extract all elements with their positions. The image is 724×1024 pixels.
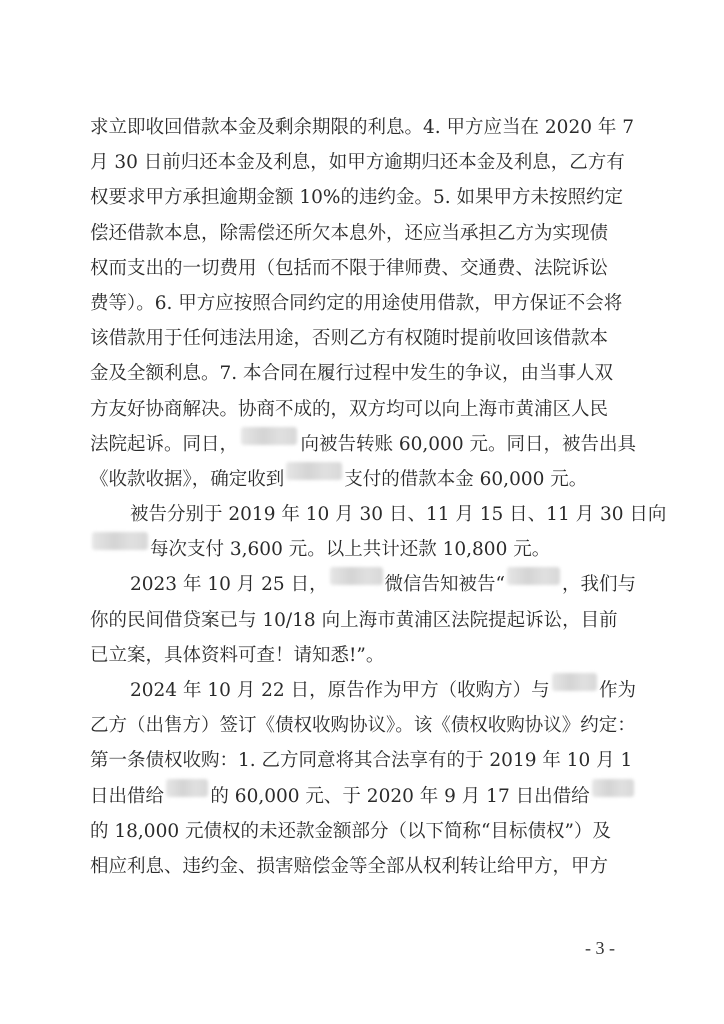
text-line: 法院起诉。同日，向被告转账 60,000 元。同日，被告出具 <box>90 427 636 462</box>
text-segment: 《收款收据》，确定收到 <box>90 462 284 497</box>
document-page: 求立即收回借款本金及剩余期限的利息。4. 甲方应当在 2020 年 7月 30 … <box>90 110 636 884</box>
text-segment: 作为 <box>599 673 636 708</box>
text-line: 求立即收回借款本金及剩余期限的利息。4. 甲方应当在 2020 年 7 <box>90 110 636 145</box>
redacted-name <box>592 779 634 797</box>
text-line: 权而支出的一切费用（包括而不限于律师费、交通费、法院诉讼 <box>90 251 636 286</box>
text-segment: ，我们与 <box>562 567 636 602</box>
text-line: 日出借给的 60,000 元、于 2020 年 9 月 17 日出借给 <box>90 779 636 814</box>
text-segment: 金及全额利息。7. 本合同在履行过程中发生的争议，由当事人双 <box>90 356 613 391</box>
text-line: 《收款收据》，确定收到支付的借款本金 60,000 元。 <box>90 462 636 497</box>
redacted-name <box>286 462 342 480</box>
text-segment: 权而支出的一切费用（包括而不限于律师费、交通费、法院诉讼 <box>90 251 608 286</box>
text-segment: 向被告转账 60,000 元。同日，被告出具 <box>300 427 636 462</box>
text-segment: 该借款用于任何违法用途，否则乙方有权随时提前收回该借款本 <box>90 321 608 356</box>
text-line: 被告分别于 2019 年 10 月 30 日、11 月 15 日、11 月 30… <box>90 497 636 532</box>
text-segment: 2024 年 10 月 22 日，原告作为甲方（收购方）与 <box>130 673 550 708</box>
text-line: 月 30 日前归还本金及利息，如甲方逾期归还本金及利息，乙方有 <box>90 145 636 180</box>
redacted-name <box>552 673 597 691</box>
text-segment: 被告分别于 2019 年 10 月 30 日、11 月 15 日、11 月 30… <box>130 497 666 532</box>
text-segment: 求立即收回借款本金及剩余期限的利息。4. 甲方应当在 2020 年 7 <box>90 110 634 145</box>
redacted-name <box>92 532 148 550</box>
text-segment: 法院起诉。同日， <box>90 427 238 462</box>
text-line: 2023 年 10 月 25 日，微信告知被告“，我们与 <box>90 567 636 602</box>
text-segment: 支付的借款本金 60,000 元。 <box>344 462 587 497</box>
text-line: 费等）。6. 甲方应按照合同约定的用途使用借款，甲方保证不会将 <box>90 286 636 321</box>
text-segment: 第一条债权收购：1. 乙方同意将其合法享有的于 2019 年 10 月 1 <box>90 743 632 778</box>
redacted-name <box>330 567 383 585</box>
text-segment: 已立案，具体资料可查！请知悉!”。 <box>90 638 384 673</box>
page-number: - 3 - <box>585 938 615 959</box>
text-segment: 偿还借款本息，除需偿还所欠本息外，还应当承担乙方为实现债 <box>90 216 608 251</box>
text-segment: 权要求甲方承担逾期金额 10%的违约金。5. 如果甲方未按照约定 <box>90 180 623 215</box>
text-line: 已立案，具体资料可查！请知悉!”。 <box>90 638 636 673</box>
text-line: 金及全额利息。7. 本合同在履行过程中发生的争议，由当事人双 <box>90 356 636 391</box>
text-segment: 日出借给 <box>90 779 164 814</box>
text-line: 每次支付 3,600 元。以上共计还款 10,800 元。 <box>90 532 636 567</box>
text-line: 的 18,000 元债权的未还款金额部分（以下简称“目标债权”）及 <box>90 814 636 849</box>
redacted-name <box>507 567 560 585</box>
text-line: 方友好协商解决。协商不成的，双方均可以向上海市黄浦区人民 <box>90 392 636 427</box>
text-line: 乙方（出售方）签订《债权收购协议》。该《债权收购协议》约定： <box>90 708 636 743</box>
text-line: 第一条债权收购：1. 乙方同意将其合法享有的于 2019 年 10 月 1 <box>90 743 636 778</box>
text-segment: 的 18,000 元债权的未还款金额部分（以下简称“目标债权”）及 <box>90 814 611 849</box>
redacted-name <box>166 779 208 797</box>
text-segment: 相应利息、违约金、损害赔偿金等全部从权利转让给甲方，甲方 <box>90 849 608 884</box>
text-line: 相应利息、违约金、损害赔偿金等全部从权利转让给甲方，甲方 <box>90 849 636 884</box>
text-segment: 乙方（出售方）签订《债权收购协议》。该《债权收购协议》约定： <box>90 708 636 743</box>
text-segment: 2023 年 10 月 25 日， <box>130 567 328 602</box>
text-segment: 月 30 日前归还本金及利息，如甲方逾期归还本金及利息，乙方有 <box>90 145 625 180</box>
text-segment: 微信告知被告“ <box>385 567 505 602</box>
text-segment: 你的民间借贷案已与 10/18 向上海市黄浦区法院提起诉讼，目前 <box>90 603 618 638</box>
text-segment: 的 60,000 元、于 2020 年 9 月 17 日出借给 <box>210 779 589 814</box>
redacted-name <box>241 427 297 445</box>
text-line: 偿还借款本息，除需偿还所欠本息外，还应当承担乙方为实现债 <box>90 216 636 251</box>
text-line: 2024 年 10 月 22 日，原告作为甲方（收购方）与作为 <box>90 673 636 708</box>
text-segment: 方友好协商解决。协商不成的，双方均可以向上海市黄浦区人民 <box>90 392 608 427</box>
text-line: 权要求甲方承担逾期金额 10%的违约金。5. 如果甲方未按照约定 <box>90 180 636 215</box>
text-segment: 费等）。6. 甲方应按照合同约定的用途使用借款，甲方保证不会将 <box>90 286 622 321</box>
text-line: 该借款用于任何违法用途，否则乙方有权随时提前收回该借款本 <box>90 321 636 356</box>
text-line: 你的民间借贷案已与 10/18 向上海市黄浦区法院提起诉讼，目前 <box>90 603 636 638</box>
text-segment: 每次支付 3,600 元。以上共计还款 10,800 元。 <box>150 532 550 567</box>
